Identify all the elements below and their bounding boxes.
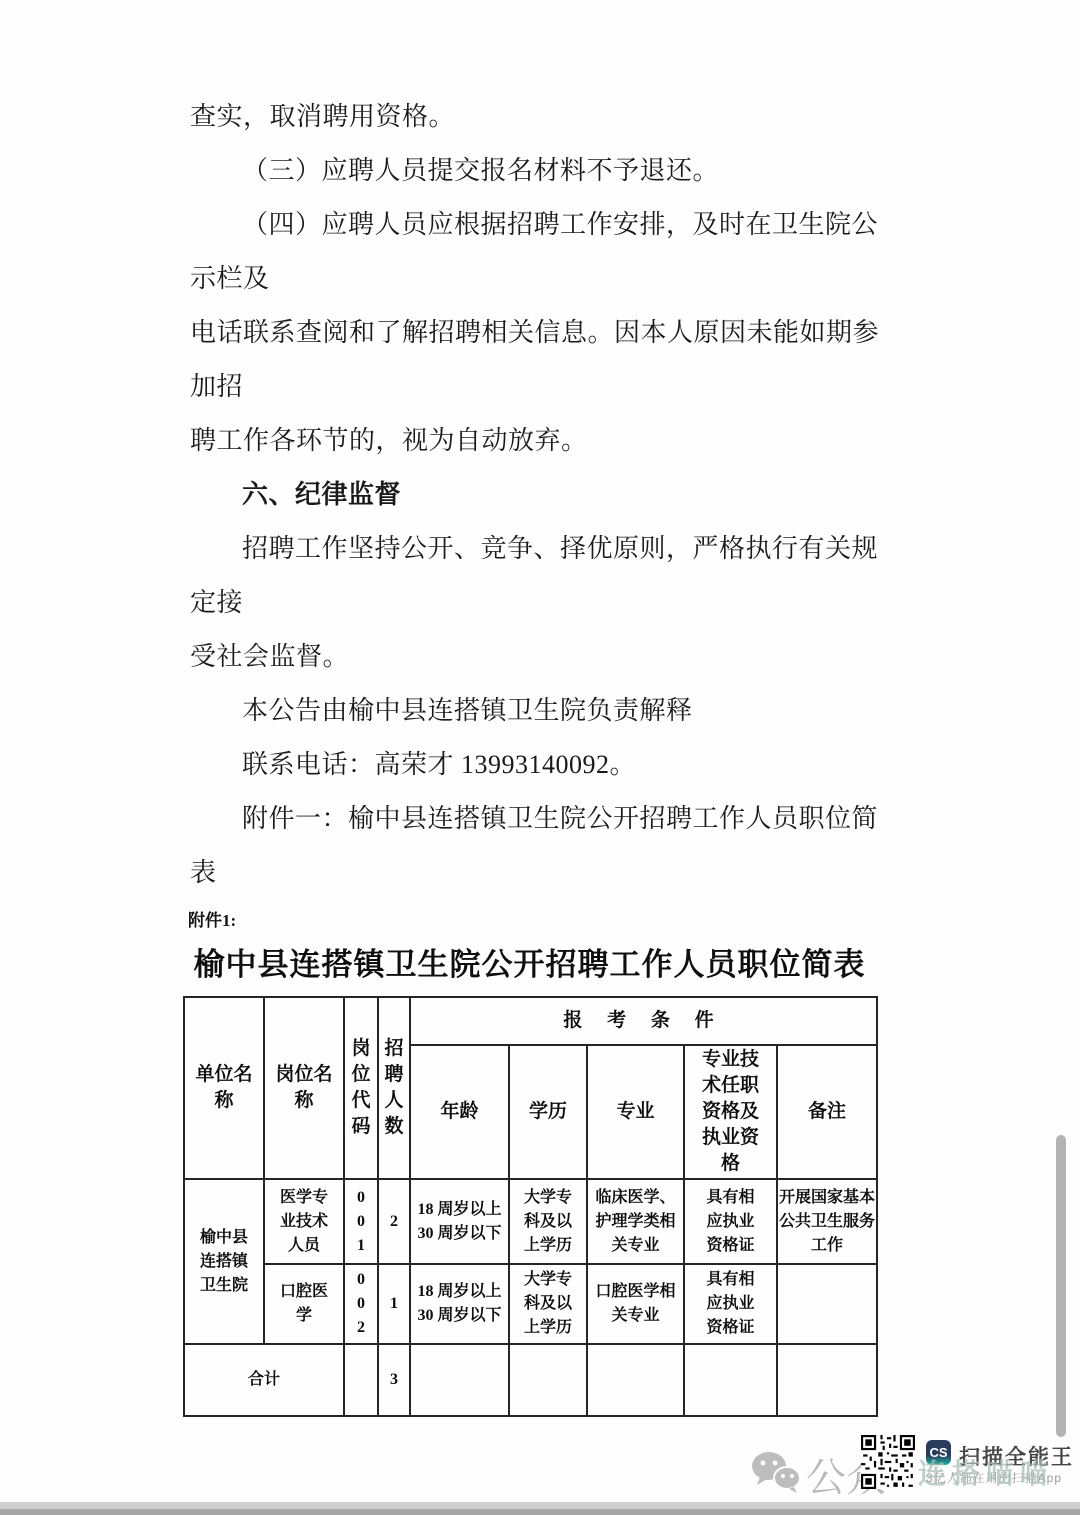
header-age: 年龄 (410, 1045, 509, 1179)
scanned-document-page: 查实，取消聘用资格。 （三）应聘人员提交报名材料不予退还。 （四）应聘人员应根据… (0, 0, 1080, 1515)
header-position-name: 岗位名 称 (264, 997, 344, 1179)
cell-qualification: 具有相 应执业 资格证 (684, 1264, 777, 1344)
cell-remark: 开展国家基本 公共卫生服务 工作 (777, 1179, 877, 1264)
cell-count: 1 (378, 1264, 410, 1344)
paragraph-attachment-ref: 附件一：榆中县连搭镇卫生院公开招聘工作人员职位简表 (190, 792, 898, 900)
cell-position: 口腔医 学 (264, 1264, 344, 1344)
document-content: 查实，取消聘用资格。 （三）应聘人员提交报名材料不予退还。 （四）应聘人员应根据… (183, 0, 883, 1417)
table-row: 榆中县 连搭镇 卫生院 医学专 业技术 人员 0 0 1 2 18 周岁以上 3… (184, 1179, 877, 1264)
section-heading-discipline: 六、纪律监督 (190, 468, 898, 522)
empty-cell (587, 1344, 684, 1416)
cell-qualification: 具有相 应执业 资格证 (684, 1179, 777, 1264)
table-title: 榆中县连搭镇卫生院公开招聘工作人员职位简表 (183, 939, 876, 984)
attachment-label: 附件1: (183, 906, 883, 931)
cell-education: 大学专 科及以 上学历 (509, 1264, 587, 1344)
table-row: 口腔医 学 0 0 2 1 18 周岁以上 30 周岁以下 大学专 科及以 上学… (184, 1264, 877, 1344)
cell-code: 0 0 1 (344, 1179, 378, 1264)
header-unit-name: 单位名 称 (184, 997, 264, 1179)
empty-cell (777, 1344, 877, 1416)
header-application-conditions: 报 考 条 件 (410, 997, 877, 1045)
cell-age: 18 周岁以上 30 周岁以下 (410, 1179, 509, 1264)
empty-cell (684, 1344, 777, 1416)
header-education: 学历 (509, 1045, 587, 1179)
empty-cell (410, 1344, 509, 1416)
qr-code (861, 1435, 915, 1489)
header-recruit-count: 招 聘 人 数 (378, 997, 410, 1179)
cell-age: 18 周岁以上 30 周岁以下 (410, 1264, 509, 1344)
scrollbar-thumb[interactable] (1056, 1135, 1066, 1437)
paragraph-item-4: （四）应聘人员应根据招聘工作安排，及时在卫生院公示栏及 电话联系查阅和了解招聘相… (190, 198, 898, 468)
empty-cell (344, 1344, 378, 1416)
total-label: 合计 (184, 1344, 344, 1416)
paragraph-contact-phone: 联系电话：高荣才 13993140092。 (190, 738, 898, 792)
cell-count: 2 (378, 1179, 410, 1264)
cell-major: 口腔医学相 关专业 (587, 1264, 684, 1344)
watermark-text: 连搭喵喵 (918, 1452, 1054, 1492)
total-row: 合计 3 (184, 1344, 877, 1416)
body-text: 查实，取消聘用资格。 （三）应聘人员提交报名材料不予退还。 （四）应聘人员应根据… (183, 0, 898, 900)
cell-remark (777, 1264, 877, 1344)
cell-education: 大学专 科及以 上学历 (509, 1179, 587, 1264)
bottom-bar (0, 1502, 1080, 1515)
total-count: 3 (378, 1344, 410, 1416)
empty-cell (509, 1344, 587, 1416)
paragraph-continuation: 查实，取消聘用资格。 (190, 90, 898, 144)
header-position-code: 岗 位 代 码 (344, 997, 378, 1179)
paragraph-supervision: 招聘工作坚持公开、竞争、择优原则，严格执行有关规定接 受社会监督。 (190, 522, 898, 684)
cell-major: 临床医学、 护理学类相 关专业 (587, 1179, 684, 1264)
header-remark: 备注 (777, 1045, 877, 1179)
cell-unit-name: 榆中县 连搭镇 卫生院 (184, 1179, 264, 1344)
header-qualification: 专业技 术任职 资格及 执业资 格 (684, 1045, 777, 1179)
wechat-icon (750, 1450, 802, 1499)
cell-position: 医学专 业技术 人员 (264, 1179, 344, 1264)
paragraph-item-3: （三）应聘人员提交报名材料不予退还。 (190, 144, 898, 198)
paragraph-interpretation: 本公告由榆中县连搭镇卫生院负责解释 (190, 684, 898, 738)
header-major: 专业 (587, 1045, 684, 1179)
position-table: 单位名 称 岗位名 称 岗 位 代 码 招 聘 人 数 报 考 条 件 年龄 学… (183, 996, 878, 1417)
cell-code: 0 0 2 (344, 1264, 378, 1344)
